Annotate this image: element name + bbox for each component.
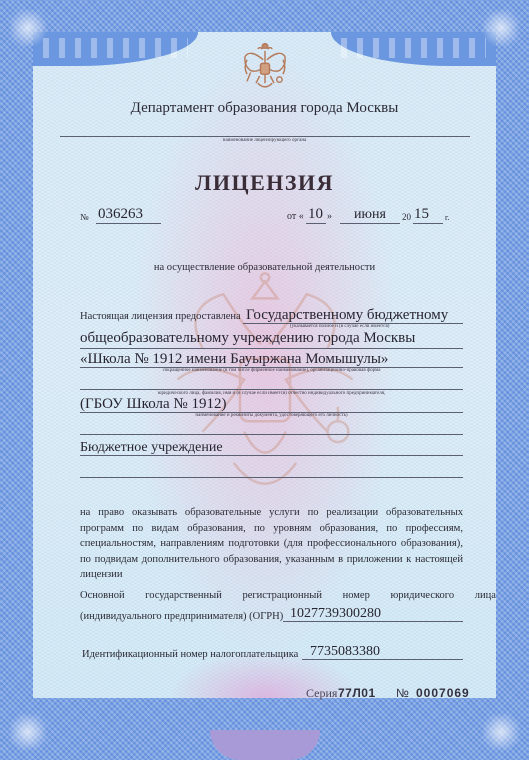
- line2-underline: [80, 348, 463, 349]
- license-document: Департамент образования города Москвы на…: [0, 0, 529, 760]
- series-label-text: Серия: [306, 686, 337, 700]
- licensee-type: Бюджетное учреждение: [80, 440, 223, 456]
- licensee-caption-2: сокращенное наименование (в том числе фи…: [80, 368, 463, 373]
- inn-label: Идентификационный номер налогоплательщик…: [82, 649, 298, 660]
- licensee-name-line3: «Школа № 1912 имени Бауыржана Момышулы»: [80, 351, 388, 368]
- ogrn-label-text: Основной государственный регистрационный…: [80, 590, 496, 601]
- coat-of-arms-icon: [238, 40, 292, 94]
- document-title: ЛИЦЕНЗИЯ: [0, 170, 529, 196]
- border-ornament-bottom: [210, 730, 320, 760]
- date-year-end: г.: [445, 213, 449, 222]
- ogrn-label-line2: (индивидуального предпринимателя) (ОГРН): [80, 611, 283, 622]
- series-number-label: №: [396, 686, 409, 700]
- series-number: 0007069: [416, 686, 470, 700]
- date-year: 15: [414, 206, 429, 223]
- date-month: июня: [354, 207, 386, 223]
- blank-line: [80, 389, 463, 390]
- authority-underline: [60, 136, 470, 137]
- number-underline: [96, 223, 161, 224]
- licensee-short-name: (ГБОУ Школа № 1912): [80, 396, 226, 413]
- series-label: Серия: [306, 686, 337, 701]
- licensee-caption-4: наименование и реквизиты документа, удос…: [80, 413, 463, 418]
- licensee-label: Настоящая лицензия предоставлена: [80, 311, 241, 322]
- licensee-caption-1: (указывается полное и (в случае если име…: [290, 324, 389, 329]
- license-purpose: на осуществление образовательной деятель…: [0, 262, 529, 273]
- date-day: 10: [308, 206, 323, 223]
- line5-underline: [80, 455, 463, 456]
- day-underline: [306, 223, 326, 224]
- license-number: 036263: [98, 206, 143, 223]
- authority-caption: наименование лицензирующего органа: [0, 138, 529, 143]
- corner-rosette-icon: [8, 8, 48, 48]
- blank-line: [80, 477, 463, 478]
- blank-line: [80, 434, 463, 435]
- corner-rosette-icon: [481, 8, 521, 48]
- month-underline: [340, 223, 400, 224]
- ogrn-value: 1027739300280: [290, 606, 381, 622]
- date-prefix: от «: [287, 211, 304, 222]
- inn-value: 7735083380: [310, 644, 380, 660]
- year-underline: [413, 223, 443, 224]
- corner-rosette-icon: [481, 712, 521, 752]
- corner-rosette-icon: [8, 712, 48, 752]
- series-value: 77Л01: [338, 686, 376, 700]
- ogrn-underline: [283, 621, 463, 622]
- ogrn-label-line1: Основной государственный регистрационный…: [80, 590, 463, 601]
- date-year-prefix: 20: [402, 212, 411, 222]
- date-day-suffix: »: [327, 211, 332, 222]
- rights-description: на право оказывать образовательные услуг…: [80, 505, 463, 583]
- licensing-authority: Департамент образования города Москвы: [0, 100, 529, 117]
- inn-underline: [302, 659, 463, 660]
- licensee-name-line1: Государственному бюджетному: [246, 307, 448, 324]
- licensee-name-line2: общеобразовательному учреждению города М…: [80, 330, 415, 347]
- number-label: №: [80, 212, 89, 222]
